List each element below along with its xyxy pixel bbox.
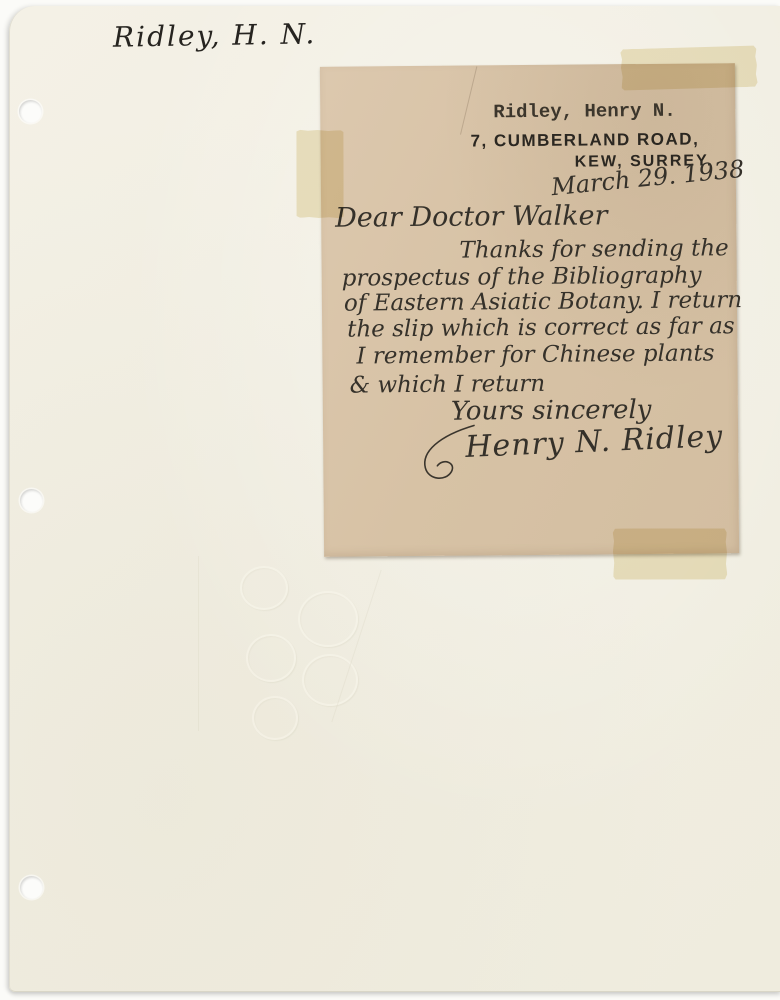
emboss-line <box>198 556 199 731</box>
emboss-ring <box>252 696 298 740</box>
punch-hole-middle <box>20 489 43 512</box>
scanned-document: Ridley, H. N. Ridley, Henry N. 7, CUMBER… <box>0 0 780 1000</box>
punch-hole-top <box>19 100 42 123</box>
salutation: Dear Doctor Walker <box>335 200 607 233</box>
archivist-annotation: Ridley, H. N. <box>113 17 317 54</box>
closing: Yours sincerely <box>451 395 652 427</box>
emboss-ring <box>302 654 358 706</box>
letter: Ridley, Henry N. 7, CUMBERLAND ROAD, KEW… <box>320 63 739 557</box>
emboss-ring <box>246 634 296 682</box>
paper-crease <box>460 66 477 134</box>
emboss-ring <box>298 591 358 647</box>
body-line: & which I return <box>350 371 546 399</box>
tape-top-right <box>620 45 757 92</box>
body-line: of Eastern Asiatic Botany. I return <box>344 287 742 316</box>
body-line: Thanks for sending the <box>459 235 728 263</box>
letterhead-address-line1: 7, CUMBERLAND ROAD, <box>470 130 699 152</box>
tape-left <box>296 130 345 218</box>
body-line: the slip which is correct as far as <box>347 313 735 342</box>
emboss-ring <box>240 566 288 610</box>
emboss-line <box>331 570 381 722</box>
body-line: I remember for Chinese plants <box>356 340 714 369</box>
typed-owner-name: Ridley, Henry N. <box>493 100 676 124</box>
punch-hole-bottom <box>20 876 43 899</box>
tape-bottom-right <box>613 527 728 580</box>
